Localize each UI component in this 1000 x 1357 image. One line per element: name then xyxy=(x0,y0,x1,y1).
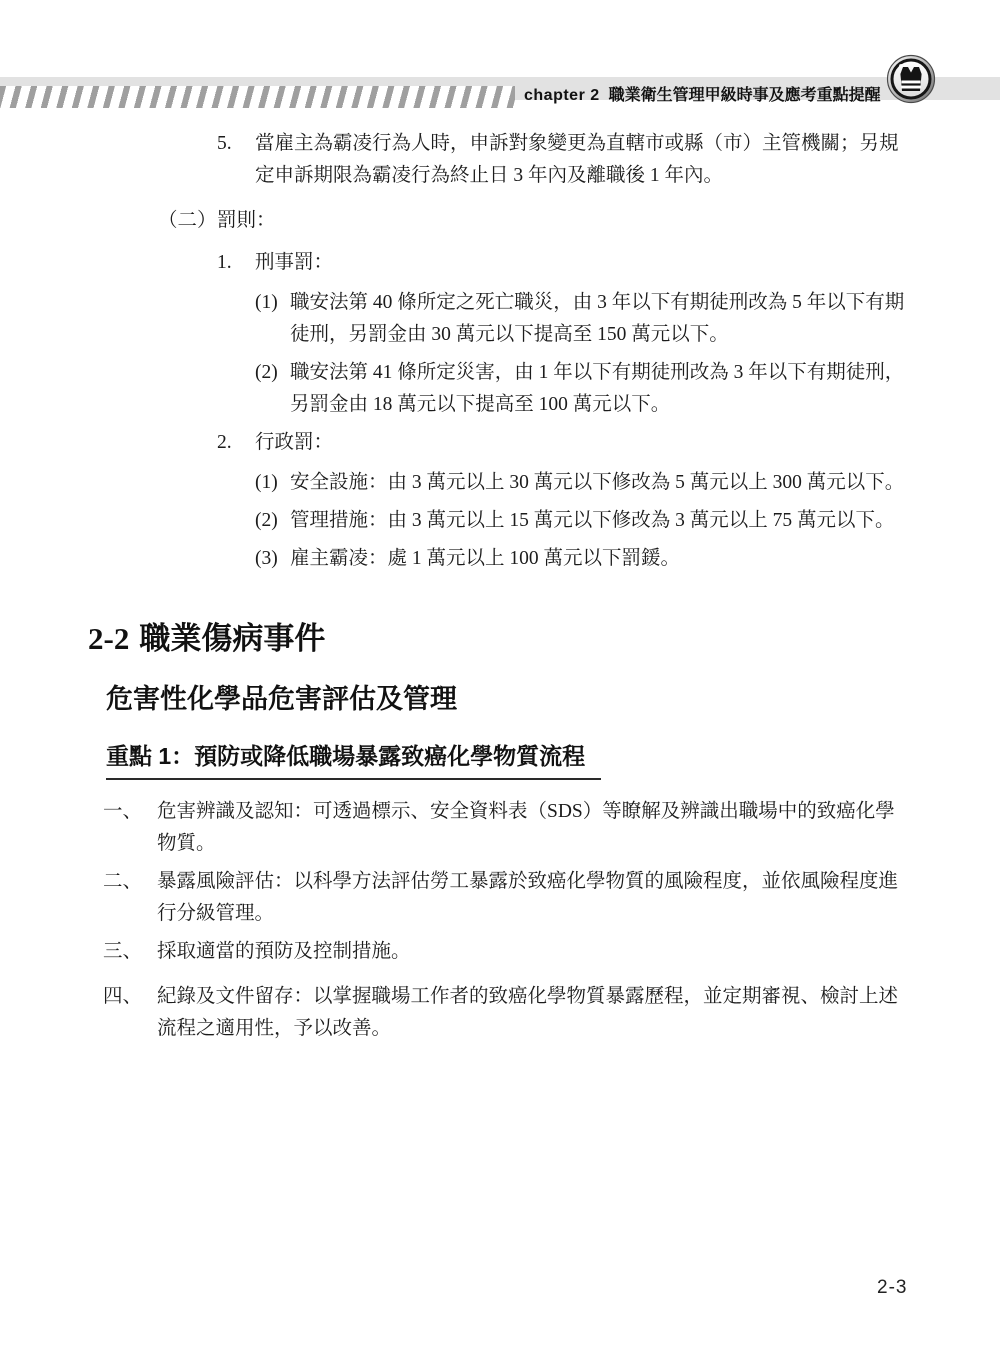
criminal-penalty-item: (2) 職安法第 41 條所定災害，由 1 年以下有期徒刑改為 3 年以下有期徒… xyxy=(255,357,905,421)
step-text: 暴露風險評估：以科學方法評估勞工暴露於致癌化學物質的風險程度，並依風險程度進行分… xyxy=(157,866,900,930)
subsection-heading: 危害性化學品危害評估及管理 xyxy=(106,683,1000,715)
section-heading: 2-2職業傷病事件 xyxy=(88,621,1000,657)
item-text: 管理措施：由 3 萬元以上 15 萬元以下修改為 3 萬元以上 75 萬元以下。 xyxy=(290,505,895,537)
item-number: 5. xyxy=(217,128,255,160)
administrative-penalty-item: (3) 雇主霸凌：處 1 萬元以上 100 萬元以下罰鍰。 xyxy=(255,543,905,575)
item-number: (2) xyxy=(255,357,290,389)
criminal-penalty-item: (1) 職安法第 40 條所定之死亡職災，由 3 年以下有期徒刑改為 5 年以下… xyxy=(255,287,905,351)
section-label-penalties: （二） 罰則： xyxy=(158,205,905,237)
item-text: 刑事罰： xyxy=(255,247,333,279)
administrative-penalty-item: (1) 安全設施：由 3 萬元以上 30 萬元以下修改為 5 萬元以上 300 … xyxy=(255,467,905,499)
administrative-penalty-item: (2) 管理措施：由 3 萬元以上 15 萬元以下修改為 3 萬元以上 75 萬… xyxy=(255,505,905,537)
keypoint-heading: 重點 1：預防或降低職場暴露致癌化學物質流程 xyxy=(106,741,1000,780)
item-text: 安全設施：由 3 萬元以上 30 萬元以下修改為 5 萬元以上 300 萬元以下… xyxy=(290,467,904,499)
section-heading-number: 2-2 xyxy=(88,621,129,656)
item-text: 職安法第 41 條所定災害，由 1 年以下有期徒刑改為 3 年以下有期徒刑，另罰… xyxy=(290,357,905,421)
page-number: 2-3 xyxy=(877,1277,907,1299)
item-number: (1) xyxy=(255,467,290,499)
item-text: 當雇主為霸凌行為人時，申訴對象變更為直轄市或縣（市）主管機關；另規定申訴期限為霸… xyxy=(255,128,905,192)
section-number: （二） xyxy=(158,205,217,237)
step-item: 二、 暴露風險評估：以科學方法評估勞工暴露於致癌化學物質的風險程度，並依風險程度… xyxy=(103,866,900,930)
step-number: 二、 xyxy=(103,866,157,898)
item-number: (1) xyxy=(255,287,290,319)
step-number: 三、 xyxy=(103,936,157,968)
step-text: 採取適當的預防及控制措施。 xyxy=(157,936,411,968)
item-text: 雇主霸凌：處 1 萬元以上 100 萬元以下罰鍰。 xyxy=(290,543,680,575)
book-page: chapter 2職業衛生管理甲級時事及應考重點提醒 xyxy=(0,0,1000,1357)
step-item: 一、 危害辨識及認知：可透過標示、安全資料表（SDS）等瞭解及辨識出職場中的致癌… xyxy=(103,796,900,860)
item-number: (2) xyxy=(255,505,290,537)
step-number: 四、 xyxy=(103,981,157,1013)
section-title: 罰則： xyxy=(217,205,276,237)
list-item-5: 5. 當雇主為霸凌行為人時，申訴對象變更為直轄市或縣（市）主管機關；另規定申訴期… xyxy=(217,128,905,192)
criminal-penalty-title: 1. 刑事罰： xyxy=(217,247,905,279)
item-number: 1. xyxy=(217,247,255,279)
item-text: 職安法第 40 條所定之死亡職災，由 3 年以下有期徒刑改為 5 年以下有期徒刑… xyxy=(290,287,905,351)
step-number: 一、 xyxy=(103,796,157,828)
section-heading-title: 職業傷病事件 xyxy=(139,621,325,656)
step-item: 四、 紀錄及文件留存：以掌握職場工作者的致癌化學物質暴露歷程，並定期審視、檢討上… xyxy=(103,981,900,1045)
page-content: 5. 當雇主為霸凌行為人時，申訴對象變更為直轄市或縣（市）主管機關；另規定申訴期… xyxy=(0,0,1000,1045)
step-item: 三、 採取適當的預防及控制措施。 xyxy=(103,936,900,968)
administrative-penalty-title: 2. 行政罰： xyxy=(217,427,905,459)
step-text: 紀錄及文件留存：以掌握職場工作者的致癌化學物質暴露歷程，並定期審視、檢討上述流程… xyxy=(157,981,900,1045)
item-text: 行政罰： xyxy=(255,427,333,459)
keypoint-heading-text: 重點 1：預防或降低職場暴露致癌化學物質流程 xyxy=(106,741,601,780)
item-number: 2. xyxy=(217,427,255,459)
item-number: (3) xyxy=(255,543,290,575)
step-text: 危害辨識及認知：可透過標示、安全資料表（SDS）等瞭解及辨識出職場中的致癌化學物… xyxy=(157,796,900,860)
